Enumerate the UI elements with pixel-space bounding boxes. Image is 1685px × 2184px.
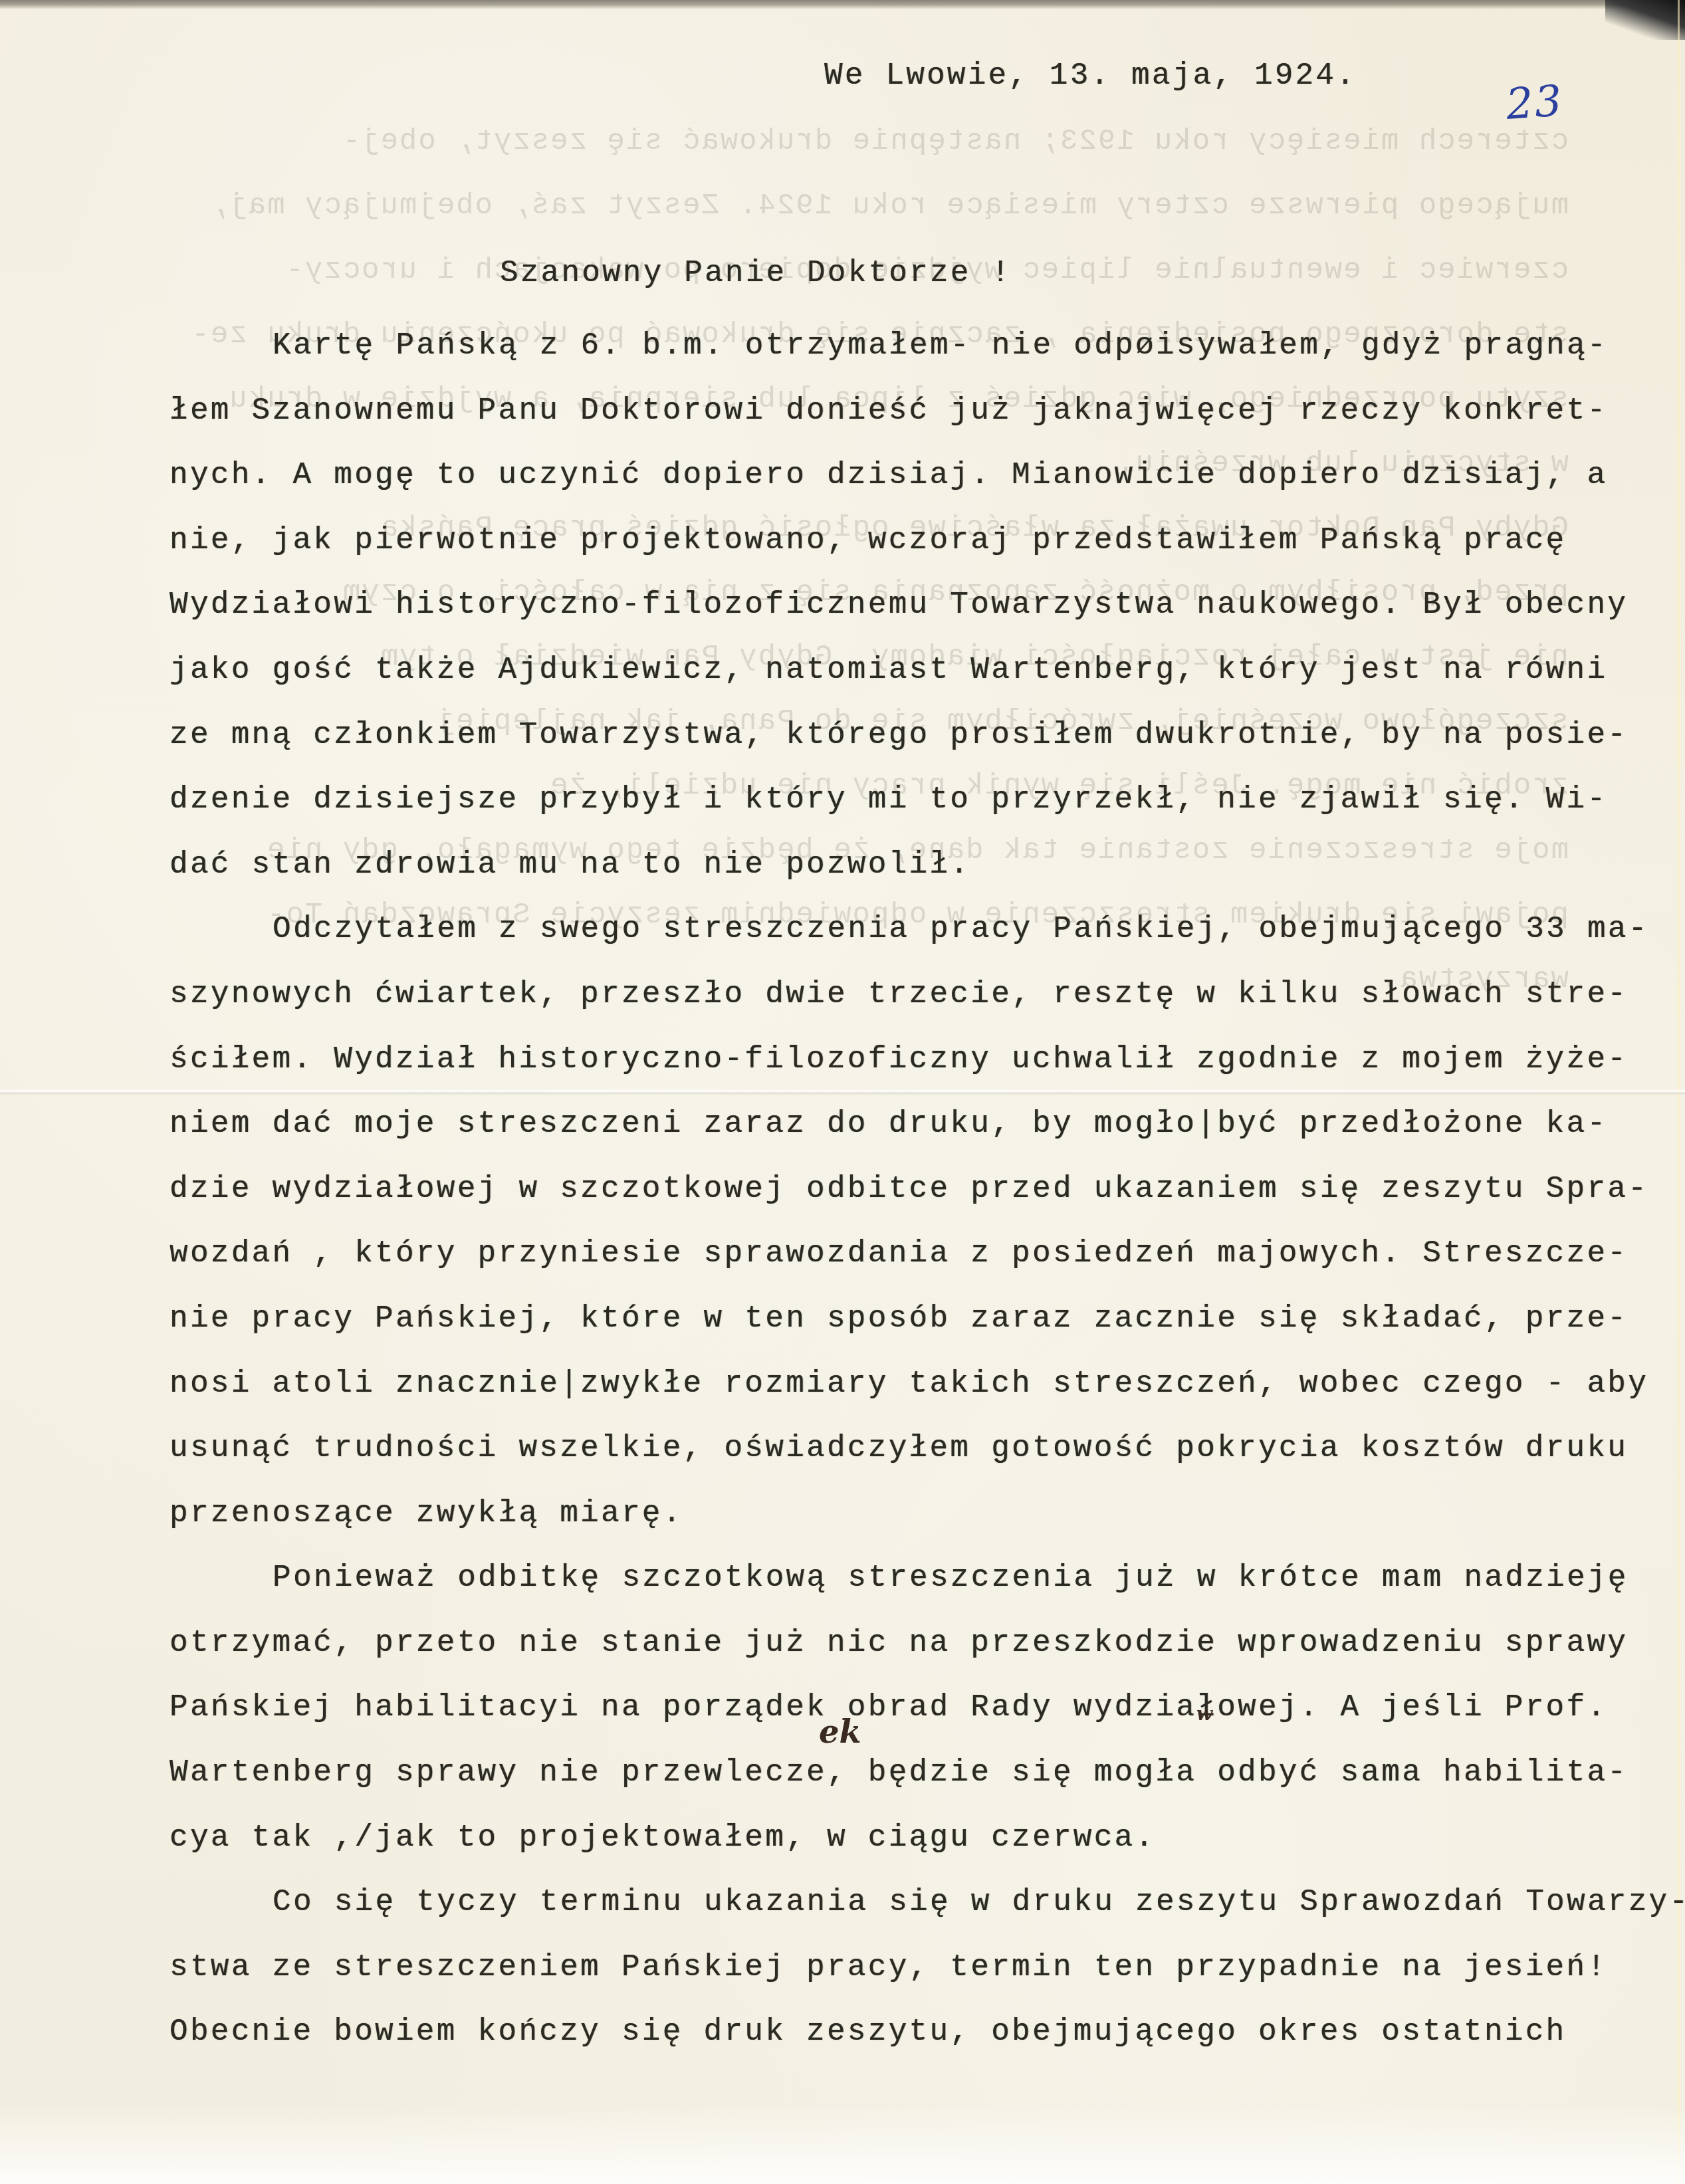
- typed-line: nie pracy Pańskiej, które w ten sposób z…: [169, 1287, 1685, 1352]
- handwritten-correction-ek: ek: [819, 1713, 861, 1751]
- typed-line: Odczytałem z swego streszczenia pracy Pa…: [169, 897, 1685, 962]
- typed-line: wozdań , który przyniesie sprawozdania z…: [169, 1222, 1685, 1287]
- typed-line: Pańskiej habilitacyi na porządek obrad R…: [169, 1676, 1685, 1741]
- typed-line: nosi atoli znacznie|zwykłe rozmiary taki…: [169, 1352, 1685, 1417]
- typed-line: ściłem. Wydział historyczno-filozoficzny…: [169, 1028, 1685, 1093]
- letter-body: Kartę Pańską z 6. b.m. otrzymałem- nie o…: [169, 314, 1685, 2065]
- typed-line: jako gość także Ajdukiewicz, natomiast W…: [169, 638, 1685, 703]
- typed-line: Co się tyczy terminu ukazania się w druk…: [169, 1870, 1685, 1935]
- typed-line: Wartenberg sprawy nie przewlecze, będzie…: [169, 1741, 1685, 1806]
- typed-line: cya tak ,/jak to projektowałem, w ciągu …: [169, 1806, 1685, 1871]
- scan-corner-shadow: [1605, 0, 1685, 40]
- typed-line: ze mną członkiem Towarzystwa, którego pr…: [169, 703, 1685, 768]
- handwritten-page-number: 23: [1505, 76, 1565, 130]
- letter-page: czterech miesięcy roku 1923; następnie d…: [0, 0, 1685, 2184]
- typed-line: stwa ze streszczeniem Pańskiej pracy, te…: [169, 1935, 1685, 2001]
- typed-line: dzenie dzisiejsze przybył i który mi to …: [169, 768, 1685, 833]
- typed-line: Obecnie bowiem kończy się druk zeszytu, …: [169, 2000, 1685, 2065]
- typed-line: przenoszące zwykłą miarę.: [169, 1481, 1685, 1547]
- typed-line: dzie wydziałowej w szczotkowej odbitce p…: [169, 1157, 1685, 1222]
- typed-line: nie, jak pierwotnie projektowano, wczora…: [169, 508, 1685, 574]
- typed-line: szynowych ćwiartek, przeszło dwie trzeci…: [169, 962, 1685, 1028]
- paper-bottom-fade: [0, 2104, 1685, 2184]
- typed-line: otrzymać, przeto nie stanie już nic na p…: [169, 1611, 1685, 1676]
- typed-line: Kartę Pańską z 6. b.m. otrzymałem- nie o…: [169, 314, 1685, 379]
- typed-line: dać stan zdrowia mu na to nie pozwolił.: [169, 833, 1685, 898]
- handwritten-correction-w: w: [1196, 1703, 1212, 1725]
- typed-line: usunąć trudności wszelkie, oświadczyłem …: [169, 1416, 1685, 1481]
- scan-top-edge: [0, 0, 1685, 9]
- typed-line: nych. A mogę to uczynić dopiero dzisiaj.…: [169, 443, 1685, 508]
- typed-line: Ponieważ odbitkę szczotkową streszczenia…: [169, 1546, 1685, 1611]
- typed-line: Wydziałowi historyczno-filozoficznemu To…: [169, 573, 1685, 638]
- typed-line: łem Szanownemu Panu Doktorowi donieść ju…: [169, 379, 1685, 444]
- typed-line: niem dać moje streszczeni zaraz do druku…: [169, 1092, 1685, 1157]
- salutation: Szanowny Panie Doktorze !: [500, 256, 1012, 290]
- date-line: We Lwowie, 13. maja, 1924.: [824, 58, 1357, 93]
